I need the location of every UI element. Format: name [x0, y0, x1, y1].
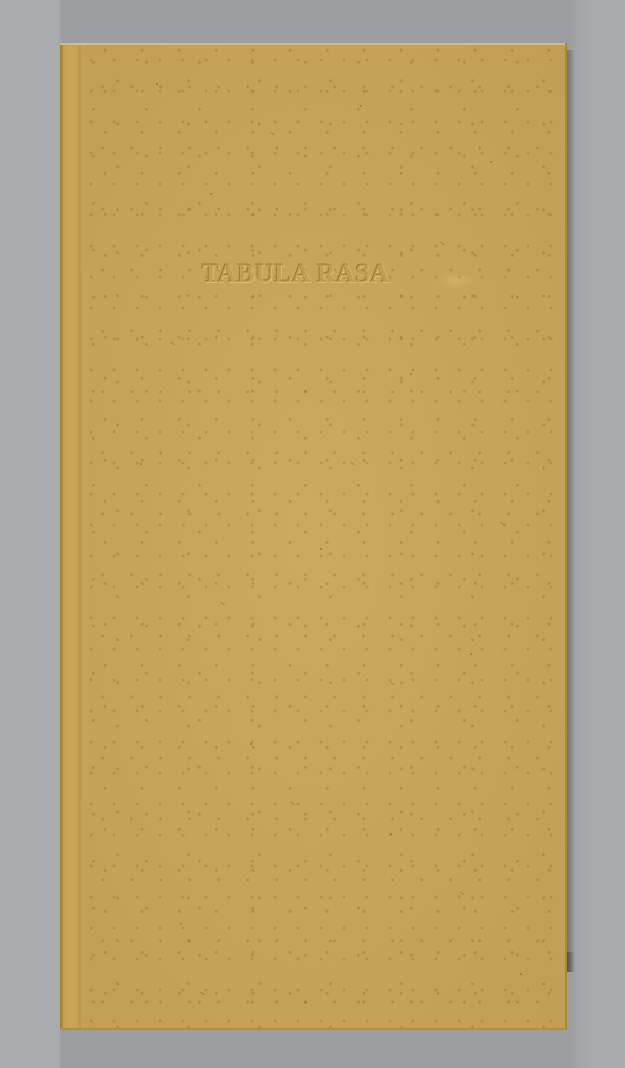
cover-right-edge — [565, 43, 567, 1030]
spine-hinge — [60, 43, 84, 1030]
title-smudge — [435, 273, 477, 289]
paper-speckle — [180, 923, 182, 925]
paper-fleck — [200, 992, 205, 996]
paper-fleck — [460, 892, 465, 896]
backdrop-right-gradient — [572, 0, 625, 1068]
paper-speckle — [210, 193, 212, 195]
paper-speckle — [320, 548, 322, 550]
paper-fleck — [390, 682, 395, 686]
paper-speckle — [156, 83, 158, 85]
cover-bottom-edge — [60, 1028, 567, 1030]
paper-speckle — [490, 161, 492, 163]
cover-top-edge — [60, 43, 567, 45]
paper-speckle — [410, 373, 412, 375]
book-shadow — [567, 50, 575, 972]
paper-fleck — [500, 522, 505, 526]
book-cover: TABULA RASA — [60, 43, 567, 1030]
paper-fleck — [290, 802, 295, 806]
paper-speckle — [140, 463, 142, 465]
paper-speckle — [520, 973, 522, 975]
paper-speckle — [360, 105, 362, 107]
book-shadow-bottom — [567, 952, 575, 972]
paper-fleck — [220, 602, 225, 606]
paper-speckle — [470, 653, 472, 655]
cover-title: TABULA RASA — [202, 259, 450, 289]
paper-fleck — [350, 462, 355, 466]
paper-speckle — [390, 833, 392, 835]
spine-edge — [60, 43, 63, 1030]
paper-fleck — [270, 132, 275, 136]
paper-fleck — [440, 242, 445, 246]
paper-speckle — [250, 743, 252, 745]
paper-fleck — [170, 342, 175, 346]
